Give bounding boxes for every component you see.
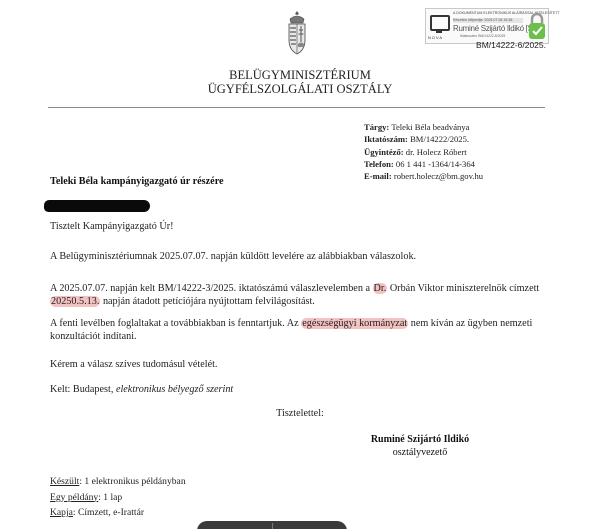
document-number: BM/14222-6/2025.: [476, 40, 546, 50]
distribution-footer: Készült: 1 elektronikus példányban Egy p…: [50, 474, 186, 521]
highlight-health-government: egészségügyi kormányzat: [301, 318, 408, 329]
officer-label: Ügyintéző:: [364, 147, 404, 157]
highlight-dr: Dr.: [373, 283, 388, 294]
ministry-heading: BELÜGYMINISZTÉRIUM ÜGYFÉLSZOLGÁLATI OSZT…: [0, 68, 600, 96]
letter-meta: Tárgy: Teleki Béla beadványa Iktatószám:…: [364, 121, 483, 182]
phone-label: Telefon:: [364, 159, 394, 169]
viewer-toolbar[interactable]: [197, 521, 347, 529]
place-date-line: Kelt: Budapest, elektronikus bélyegző sz…: [50, 384, 550, 397]
phone-value: 06 1 441 -1364/14-364: [396, 159, 475, 169]
closing: Tisztelettel:: [0, 408, 600, 419]
officer-value: dr. Holecz Róbert: [406, 147, 467, 157]
lock-check-icon: [527, 11, 547, 41]
salutation: Tisztelt Kampányigazgató Úr!: [50, 221, 550, 234]
email-value: robert.holecz@bm.gov.hu: [394, 171, 483, 181]
electronic-signature-stamp: NOVA A DOKUMENTUM ELEKTRONIKUS ALÁÍRÁSSA…: [425, 8, 549, 44]
stamp-timestamp: Készítés időpontja: 2025.07.28 15:38: [453, 18, 523, 23]
paragraph-2: A 2025.07.07. napján kelt BM/14222-3/202…: [50, 283, 550, 308]
paragraph-4: Kérem a válasz szíves tudomásul vételét.: [50, 359, 550, 372]
department-name: ÜGYFÉLSZOLGÁLATI OSZTÁLY: [0, 82, 600, 96]
subject-label: Tárgy:: [364, 122, 389, 132]
paragraph-3: A fenti levélben foglaltakat a továbbiak…: [50, 318, 550, 343]
ref-label: Iktatószám:: [364, 134, 408, 144]
email-label: E-mail:: [364, 171, 392, 181]
signer-name: Ruminé Szijártó Ildikó: [320, 434, 520, 447]
signer-title: osztályvezető: [320, 447, 520, 460]
toolbar-divider: [272, 523, 273, 529]
stamp-brand: NOVA: [428, 35, 443, 40]
signature-block: Ruminé Szijártó Ildikó osztályvezető: [320, 434, 520, 459]
stamp-footnote: Iktatószám: BM/14222-6/2025: [460, 34, 505, 38]
ref-value: BM/14222/2025.: [410, 134, 469, 144]
redaction-mark: [44, 200, 151, 212]
ministry-name: BELÜGYMINISZTÉRIUM: [0, 68, 600, 82]
coat-of-arms-icon: [286, 10, 308, 56]
subject-value: Teleki Béla beadványa: [391, 122, 469, 132]
paragraph-1: A Belügyminisztériumnak 2025.07.07. napj…: [50, 251, 550, 264]
highlight-date: 20250.5.13.: [50, 296, 100, 307]
monitor-icon: [430, 15, 450, 31]
header-divider: [48, 107, 545, 108]
recipient-line: Teleki Béla kampányigazgató úr részére: [50, 176, 224, 187]
